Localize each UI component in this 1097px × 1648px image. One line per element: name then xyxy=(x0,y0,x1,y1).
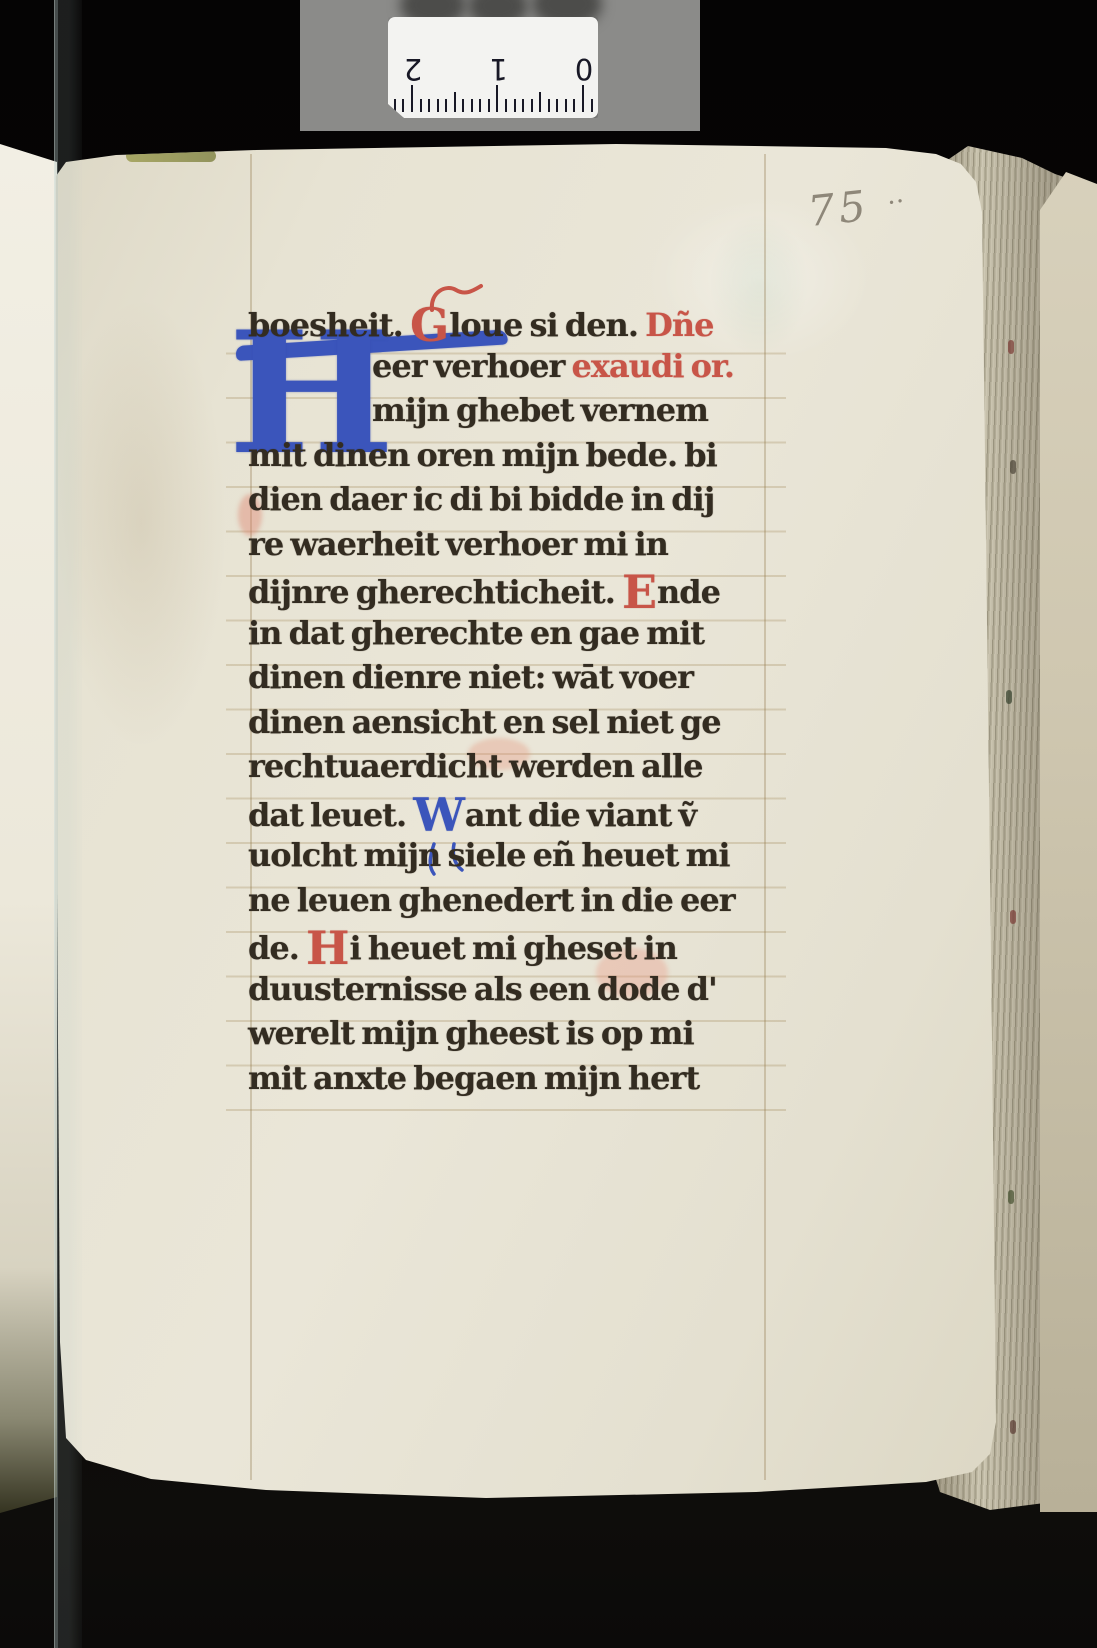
ruler-tick xyxy=(437,99,439,112)
text-segment: mijn ghebet vernem xyxy=(372,391,708,429)
scale-ruler: 012 xyxy=(388,17,598,118)
text-segment: in dat gherechte en gae mit xyxy=(248,614,704,652)
text-segment: ne leuen ghenedert in die eer xyxy=(248,881,735,919)
book-cover-edge xyxy=(1040,148,1097,1512)
text-segment: duusternisse als een dode d' xyxy=(248,970,717,1008)
ruler-tick xyxy=(471,99,473,112)
text-segment: dien daer ic di bi bidde in dij xyxy=(248,480,714,518)
ruler-tick xyxy=(556,99,558,112)
ruler-tick xyxy=(497,85,499,112)
manuscript-line: dinen dienre niet: wāt voer xyxy=(248,658,808,703)
ruler-tick xyxy=(573,99,575,112)
text-block: boesheit. Gloue si den. Dñeeer verhoer e… xyxy=(248,302,808,1103)
ruler-tick xyxy=(514,99,516,112)
edge-fleck xyxy=(1010,1420,1016,1434)
ruler-tick xyxy=(531,99,533,112)
text-segment: uolcht mijn siele eñ heuet mi xyxy=(248,836,730,874)
text-segment: dinen dienre niet: wāt voer xyxy=(248,658,693,696)
text-segment: nde xyxy=(657,573,720,611)
ruler-tick xyxy=(411,85,413,112)
text-segment: werelt mijn gheest is op mi xyxy=(248,1014,694,1052)
ruler-number: 2 xyxy=(401,52,425,86)
manuscript-line: werelt mijn gheest is op mi xyxy=(248,1014,808,1059)
ruler-tick xyxy=(522,99,524,112)
ruler-tick xyxy=(428,99,430,112)
text-segment: i heuet mi gheset in xyxy=(349,929,676,967)
ruler-tick xyxy=(445,99,447,112)
text-segment: dijnre gherechticheit. xyxy=(248,573,622,611)
glass-plate-edge xyxy=(54,0,82,1648)
text-segment: mit anxte begaen mijn hert xyxy=(248,1059,699,1097)
color-card: 012 xyxy=(300,0,700,131)
ruler-tick xyxy=(565,99,567,112)
scale-ruler-markings: 012 xyxy=(388,17,598,118)
ruler-tick xyxy=(479,99,481,112)
manuscript-line: mit dinen oren mijn bede. bi xyxy=(248,436,808,481)
text-segment: rechtuaerdicht werden alle xyxy=(248,747,702,785)
rubric-segment: E xyxy=(622,565,657,619)
photo-stage: 012 75 ‥ H boesheit. Gloue s xyxy=(0,0,1097,1648)
edge-fleck xyxy=(1008,1190,1014,1204)
text-segment: loue si den. xyxy=(449,306,645,344)
ruler-tick xyxy=(488,99,490,112)
ruler-tick xyxy=(505,99,507,112)
ruler-tick xyxy=(548,99,550,112)
manuscript-line: eer verhoer exaudi or. xyxy=(248,347,808,392)
text-segment: mit dinen oren mijn bede. bi xyxy=(248,436,717,474)
text-segment: dat leuet. xyxy=(248,796,413,834)
manuscript-line: uolcht mijn siele eñ heuet mi xyxy=(248,836,808,881)
ruler-tick xyxy=(539,92,541,112)
manuscript-line: re waerheit verhoer mi in xyxy=(248,525,808,570)
ruler-number: 0 xyxy=(572,52,596,86)
ruler-tick xyxy=(582,85,584,112)
rubric-segment: W xyxy=(413,788,465,842)
manuscript-line: in dat gherechte en gae mit xyxy=(248,614,808,659)
rubric-segment: Dñe xyxy=(645,306,713,344)
text-segment: ant die viant ṽ xyxy=(465,796,696,834)
manuscript-line: mijn ghebet vernem xyxy=(248,391,808,436)
text-segment: re waerheit verhoer mi in xyxy=(248,525,668,563)
ruler-tick xyxy=(454,92,456,112)
rubric-segment: H xyxy=(306,921,349,975)
ruler-tick xyxy=(462,99,464,112)
gutter-debris xyxy=(126,150,216,162)
ruler-number: 1 xyxy=(487,52,511,86)
manuscript-line: ne leuen ghenedert in die eer xyxy=(248,881,808,926)
text-segment: eer verhoer xyxy=(372,347,572,385)
manuscript-line: de. Hi heuet mi gheset in xyxy=(248,925,808,970)
manuscript-line: dien daer ic di bi bidde in dij xyxy=(248,480,808,525)
ruler-tick xyxy=(402,99,404,112)
manuscript-line: dat leuet. Want die viant ṽ xyxy=(248,792,808,837)
manuscript-line: mit anxte begaen mijn hert xyxy=(248,1059,808,1104)
facing-page-edge xyxy=(0,140,57,1515)
edge-fleck xyxy=(1010,910,1016,924)
ruler-tick xyxy=(394,99,396,112)
text-segment: de. xyxy=(248,929,306,967)
text-segment: boesheit. xyxy=(248,306,410,344)
manuscript-page: 75 ‥ H boesheit. Gloue si den. Dñeeer ve… xyxy=(56,142,1006,1502)
edge-fleck xyxy=(1010,460,1016,474)
folio-number: 75 xyxy=(806,181,872,236)
manuscript-line: duusternisse als een dode d' xyxy=(248,970,808,1015)
ruler-tick xyxy=(420,99,422,112)
text-segment: dinen aensicht en sel niet ge xyxy=(248,703,721,741)
rubric-segment: G xyxy=(410,298,449,352)
rubric-segment: exaudi or. xyxy=(572,347,735,385)
edge-fleck xyxy=(1008,340,1014,354)
pencil-dots: ‥ xyxy=(884,179,906,212)
edge-fleck xyxy=(1006,690,1012,704)
manuscript-line: boesheit. Gloue si den. Dñe xyxy=(248,302,808,347)
ruler-tick xyxy=(591,99,593,112)
manuscript-line: rechtuaerdicht werden alle xyxy=(248,747,808,792)
manuscript-line: dijnre gherechticheit. Ende xyxy=(248,569,808,614)
manuscript-line: dinen aensicht en sel niet ge xyxy=(248,703,808,748)
